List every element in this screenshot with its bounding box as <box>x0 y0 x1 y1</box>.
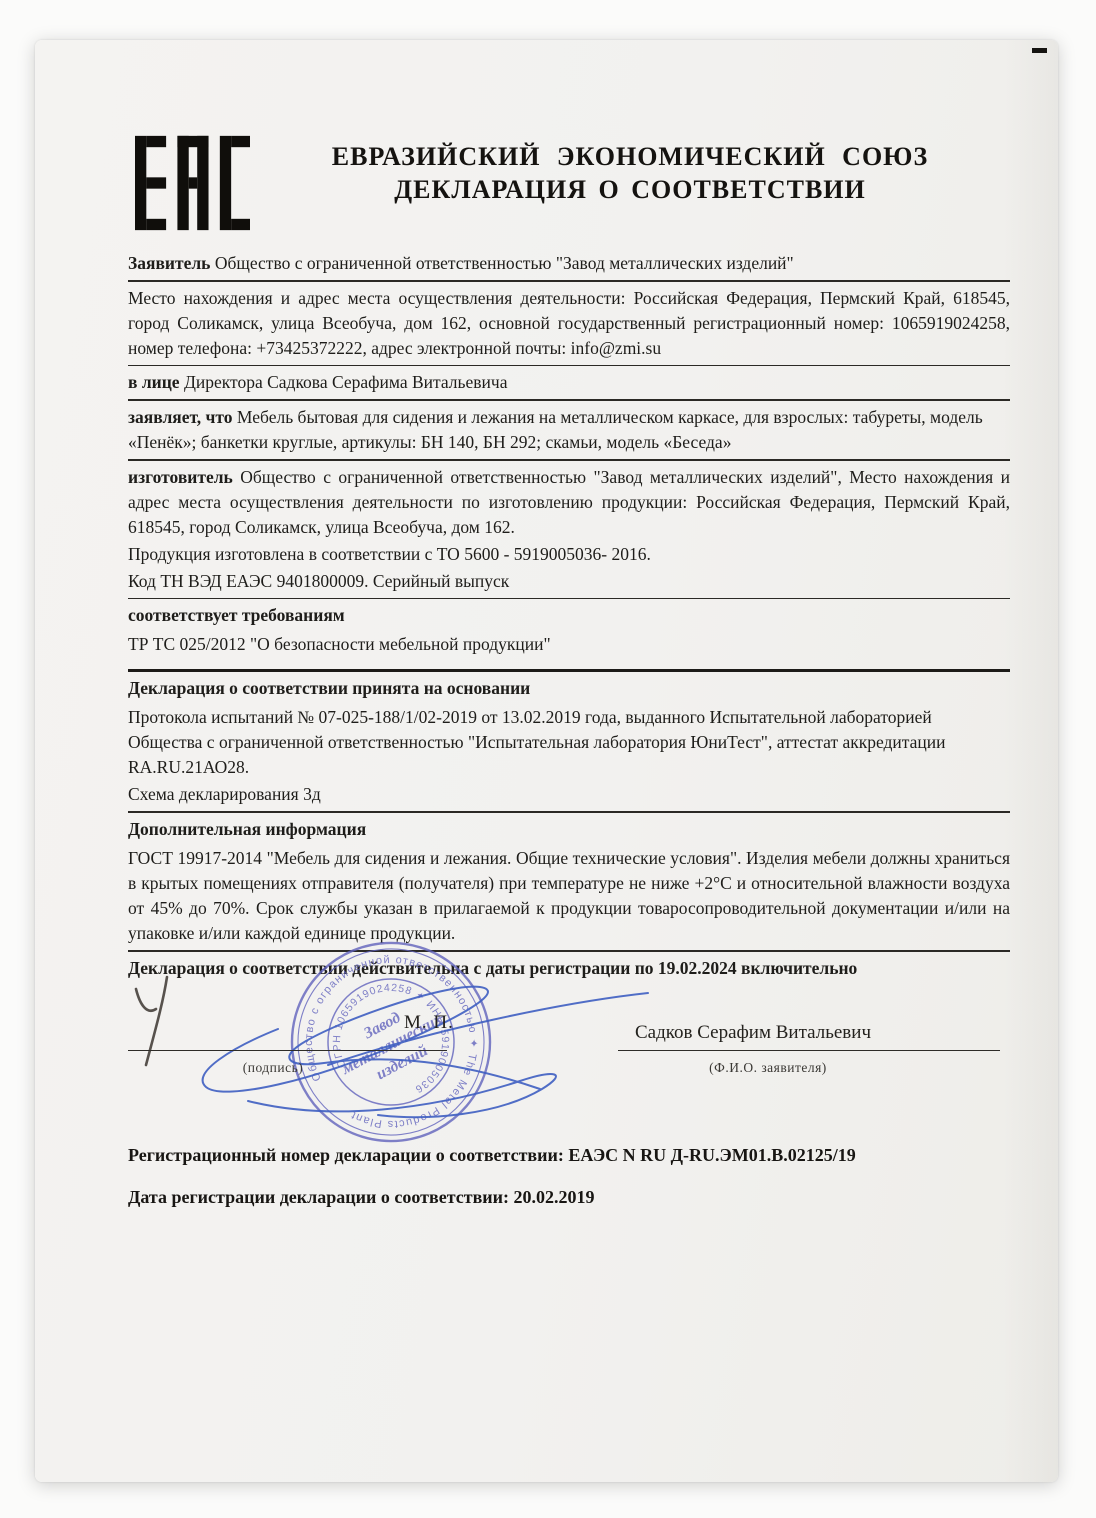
document-header: ЕВРАЗИЙСКИЙ ЭКОНОМИЧЕСКИЙ СОЮЗ ДЕКЛАРАЦИ… <box>128 40 1010 233</box>
declarant-name-line <box>618 1050 1000 1051</box>
document-body: Заявитель Общество с ограниченной ответс… <box>128 251 1010 1210</box>
tnved-note: Код ТН ВЭД ЕАЭС 9401800009. Серийный вып… <box>128 569 1010 594</box>
representative-line: в лице Директора Садкова Серафима Виталь… <box>128 370 1010 395</box>
divider <box>128 669 1010 672</box>
signature-line <box>128 1050 447 1051</box>
production-note: Продукция изготовлена в соответствии с Т… <box>128 542 1010 567</box>
declarant-name: Садков Серафим Витальевич <box>588 1020 918 1045</box>
address-block: Место нахождения и адрес места осуществл… <box>128 286 1010 361</box>
registration-number-line: Регистрационный номер декларации о соотв… <box>128 1143 1010 1168</box>
scheme-line: Схема декларирования 3д <box>128 782 1010 807</box>
eac-logo <box>135 133 250 233</box>
divider <box>128 598 1010 599</box>
compliance-heading: соответствует требованиям <box>128 603 1010 628</box>
document-page: ЕВРАЗИЙСКИЙ ЭКОНОМИЧЕСКИЙ СОЮЗ ДЕКЛАРАЦИ… <box>35 40 1058 1482</box>
scan-artifact-dash <box>1032 48 1047 53</box>
declaration-title: ДЕКЛАРАЦИЯ О СООТВЕТСТВИИ <box>250 173 1010 206</box>
compliance-value: ТР ТС 025/2012 "О безопасности мебельной… <box>128 632 1010 657</box>
registration-number-value: ЕАЭС N RU Д-RU.ЭМ01.В.02125/19 <box>568 1145 855 1165</box>
registration-date-value: 20.02.2019 <box>514 1187 595 1207</box>
declares-label: заявляет, что <box>128 407 233 427</box>
additional-text: ГОСТ 19917-2014 "Мебель для сидения и ле… <box>128 846 1010 946</box>
divider <box>128 950 1010 952</box>
applicant-line: Заявитель Общество с ограниченной ответс… <box>128 251 1010 276</box>
basis-heading: Декларация о соответствии принята на осн… <box>128 676 1010 701</box>
declarant-name-caption: (Ф.И.О. заявителя) <box>643 1055 893 1080</box>
divider <box>128 280 1010 282</box>
handwritten-signature <box>128 969 688 1129</box>
basis-text: Протокола испытаний № 07-025-188/1/02-20… <box>128 705 1010 780</box>
divider <box>128 365 1010 366</box>
applicant-value: Общество с ограниченной ответственностью… <box>215 253 794 273</box>
representative-value: Директора Садкова Серафима Витальевича <box>184 372 508 392</box>
stamp-place-label: М. П. <box>404 1010 454 1035</box>
additional-heading: Дополнительная информация <box>128 817 1010 842</box>
manufacturer-block: изготовитель Общество с ограниченной отв… <box>128 465 1010 540</box>
registration-date-label: Дата регистрации декларации о соответств… <box>128 1187 509 1207</box>
divider <box>128 399 1010 401</box>
union-title: ЕВРАЗИЙСКИЙ ЭКОНОМИЧЕСКИЙ СОЮЗ <box>250 140 1010 173</box>
declares-block: заявляет, что Мебель бытовая для сидения… <box>128 405 1010 455</box>
signature-area: Общество с ограниченной ответственностью… <box>128 987 1010 1129</box>
applicant-label: Заявитель <box>128 253 210 273</box>
document-title-block: ЕВРАЗИЙСКИЙ ЭКОНОМИЧЕСКИЙ СОЮЗ ДЕКЛАРАЦИ… <box>250 133 1010 206</box>
registration-date-line: Дата регистрации декларации о соответств… <box>128 1185 1010 1210</box>
divider <box>128 811 1010 813</box>
signature-caption: (подпись) <box>183 1055 363 1080</box>
manufacturer-label: изготовитель <box>128 467 233 487</box>
manufacturer-value: Общество с ограниченной ответственностью… <box>128 467 1010 537</box>
divider <box>128 459 1010 461</box>
representative-label: в лице <box>128 372 180 392</box>
declares-value: Мебель бытовая для сидения и лежания на … <box>128 407 983 452</box>
